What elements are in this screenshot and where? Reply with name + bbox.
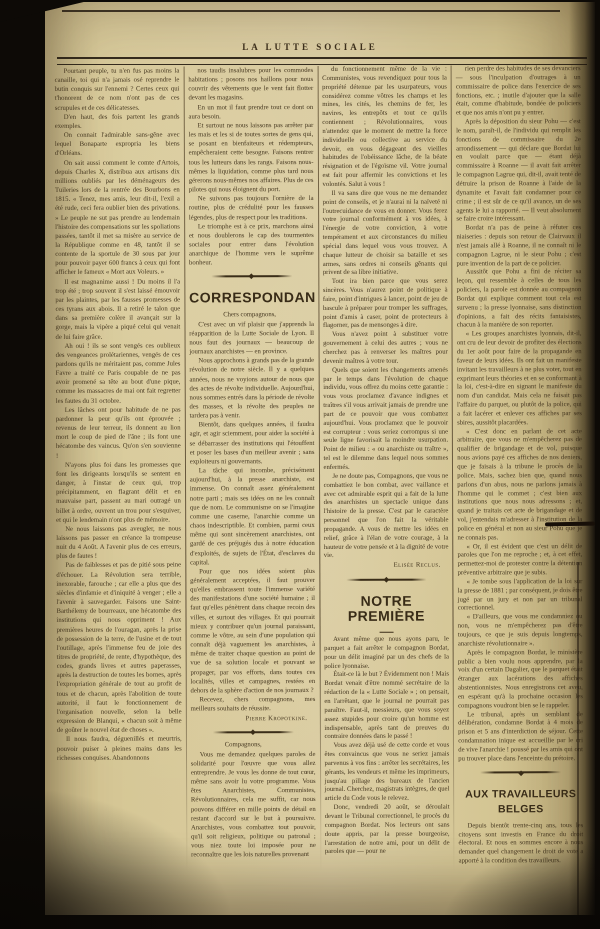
paragraph: « Je tombe sous l'application de la loi … (458, 578, 583, 614)
paragraph: Le tribunal, après un semblant de délibé… (458, 711, 583, 764)
column-2: nos taudis insalubres pour les commodes … (187, 66, 317, 872)
paragraph: La tâche qui incombe, précisément aujour… (190, 466, 315, 567)
paragraph: Était-ce là le but ? Évidemment non ! Ma… (324, 671, 449, 742)
paragraph: Bordat n'a pas de peine à réfuter ces ni… (456, 224, 581, 269)
section-divider (480, 767, 561, 778)
paragraph: En un mot il faut prendre tout ce dont o… (188, 103, 313, 122)
top-rule (62, 10, 560, 12)
column-separator (317, 66, 321, 872)
section-title: NOTRE PREMIÈRE (324, 594, 449, 624)
header-dash (324, 629, 449, 635)
paragraph: Le triomphe est à ce prix, marchons ains… (189, 222, 314, 268)
paragraph: Recevez, chers compagnons, mes meilleurs… (191, 695, 316, 714)
paragraph: Pour que nos idées soient plus généralem… (190, 567, 315, 696)
section-divider (346, 574, 427, 585)
section-title: AUX TRAVAILLEURS BELGES (458, 787, 583, 817)
column-separator (183, 66, 187, 872)
paragraph: « Les groupes anarchistes lyonnais, dit-… (457, 330, 582, 428)
paragraph: Je ne doute pas, Compagnons, que vous ne… (324, 472, 449, 561)
paragraph: D'en haut, des fois partent les grands e… (55, 112, 180, 131)
paragraph: Ne nous laissons pas aveugler, ne nous l… (56, 524, 181, 561)
paragraph: Quels que soient les changements amenés … (323, 366, 448, 473)
bottom-right-shadow (440, 839, 600, 929)
paragraph: Avant même que nous ayons paru, le parqu… (324, 636, 449, 672)
bottom-left-shadow (0, 789, 230, 929)
signature: Pierre Kropotkine. (191, 714, 316, 724)
paragraph: Donc, vendredi 20 août, se déroulait dev… (325, 804, 450, 857)
paragraph: Tout ira bien parce que vous serez sincè… (323, 278, 448, 331)
paragraph: Et surtout ne nous laissons pas arrêter … (189, 121, 314, 195)
paper-edge-shadow (569, 2, 595, 915)
paragraph: Ah oui ! ils se sont vengés ces oublieux… (56, 341, 181, 406)
paragraph: Il nous faudra, déguenillés et meurtris,… (57, 735, 182, 763)
salutation: Compagnons, (191, 740, 316, 750)
paragraph: nos taudis insalubres pour les commodes … (188, 66, 313, 103)
paragraph: Pourtant peuple, tu n'en fus pas moins l… (55, 66, 180, 112)
paragraph: N'ayons plus foi dans les promesses que … (56, 460, 181, 525)
paragraph: On connait l'admirable sans-gêne avec le… (55, 131, 180, 159)
paragraph: On sait aussi comment le comte d'Artois,… (55, 158, 180, 277)
paragraph: Ne suivons pas toujours l'ornière de la … (189, 194, 314, 222)
paragraph: C'est avec un vif plaisir que j'apprends… (189, 320, 314, 357)
paragraph: rien perdre des habitudes de ses devanci… (456, 65, 581, 118)
paragraph: « Or, il est évident que c'est un délit … (458, 543, 583, 579)
masthead-title: LA LUTTE SOCIALE (45, 42, 575, 52)
paragraph: « D'ailleurs, que vous me condamniez ou … (458, 613, 583, 649)
photographed-newspaper: LA LUTTE SOCIALE Pourtant peuple, tu n'e… (0, 0, 600, 929)
salutation: Chers compagnons, (189, 310, 314, 320)
column-3: du fonctionnement même de la vie : Commu… (321, 66, 451, 872)
column-separator (451, 66, 455, 872)
paragraph: Pas de faiblesses et pas de pitié sous p… (56, 561, 181, 735)
paragraph: Après la déposition du sieur Pohu — c'es… (456, 118, 581, 225)
paragraph: Vous n'avez point à substituer votre gou… (323, 331, 448, 367)
paragraph: du fonctionnement même de la vie : Commu… (322, 66, 447, 190)
signature: Elisée Reclus. (324, 562, 449, 571)
paragraph: Vous avez déjà usé de cette corde et vou… (324, 742, 449, 804)
section-divider (213, 727, 294, 738)
masthead-double-rule (57, 57, 587, 65)
column-1: Pourtant peuple, tu n'en fus pas moins l… (54, 66, 184, 872)
columns-container: Pourtant peuple, tu n'en fus pas moins l… (54, 65, 585, 873)
section-divider (211, 271, 292, 282)
paragraph: Nous approchons à grands pas de la grand… (189, 356, 314, 421)
newspaper-page: LA LUTTE SOCIALE Pourtant peuple, tu n'e… (45, 2, 595, 915)
paragraph: Aussitôt que Pohu a fini de réciter sa l… (457, 268, 582, 330)
paragraph: Après le compagnon Bordat, le ministère … (458, 649, 583, 711)
paragraph: Il est magnanime aussi ! Du moins il l'a… (55, 277, 180, 342)
column-4: rien perdre des habitudes de ses devanci… (455, 65, 585, 871)
section-title: CORRESPONDANCE (189, 290, 314, 305)
paragraph: Les lâches ont pour habitude de ne pas p… (56, 405, 181, 460)
paragraph: Bientôt, dans quelques années, il faudra… (190, 420, 315, 466)
paragraph: Il va sans dire que vous ne me demandez … (323, 189, 448, 278)
